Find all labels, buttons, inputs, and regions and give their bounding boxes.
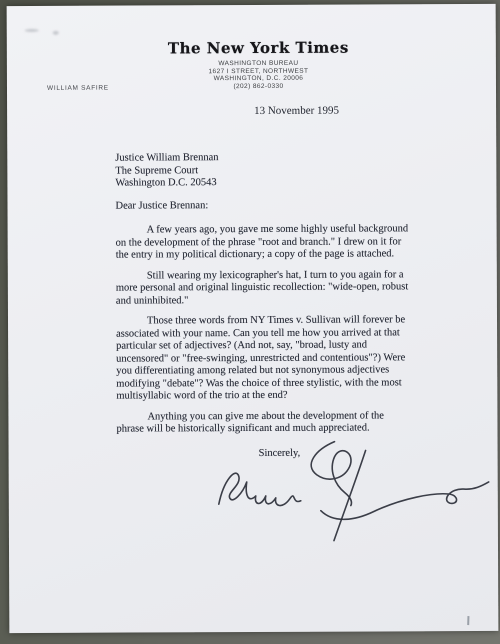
scan-smudge (25, 29, 39, 32)
scan-artifact-mark (467, 616, 469, 625)
sender-name-label: WILLIAM SAFIRE (47, 85, 109, 92)
scanned-letter: The New York Times WASHINGTON BUREAU 162… (0, 0, 500, 644)
salutation: Dear Justice Brennan: (115, 199, 449, 213)
handwritten-signature-scrawl (205, 437, 495, 546)
recipient-address: Justice William Brennan The Supreme Cour… (115, 151, 449, 190)
letter-date: 13 November 1995 (254, 105, 339, 117)
letter-body: Justice William Brennan The Supreme Cour… (115, 151, 450, 460)
paragraph: Those three words from NY Times v. Sulli… (116, 314, 450, 403)
scan-smudge (53, 31, 59, 35)
paragraph: A few years ago, you gave me some highly… (116, 223, 450, 262)
paragraph: Anything you can give me about the devel… (116, 410, 450, 436)
nyt-masthead-logo: The New York Times (14, 38, 500, 58)
paragraph: Still wearing my lexicographer's hat, I … (116, 269, 450, 308)
letterhead: The New York Times WASHINGTON BUREAU 162… (14, 38, 500, 91)
letter-paper: The New York Times WASHINGTON BUREAU 162… (7, 4, 499, 633)
